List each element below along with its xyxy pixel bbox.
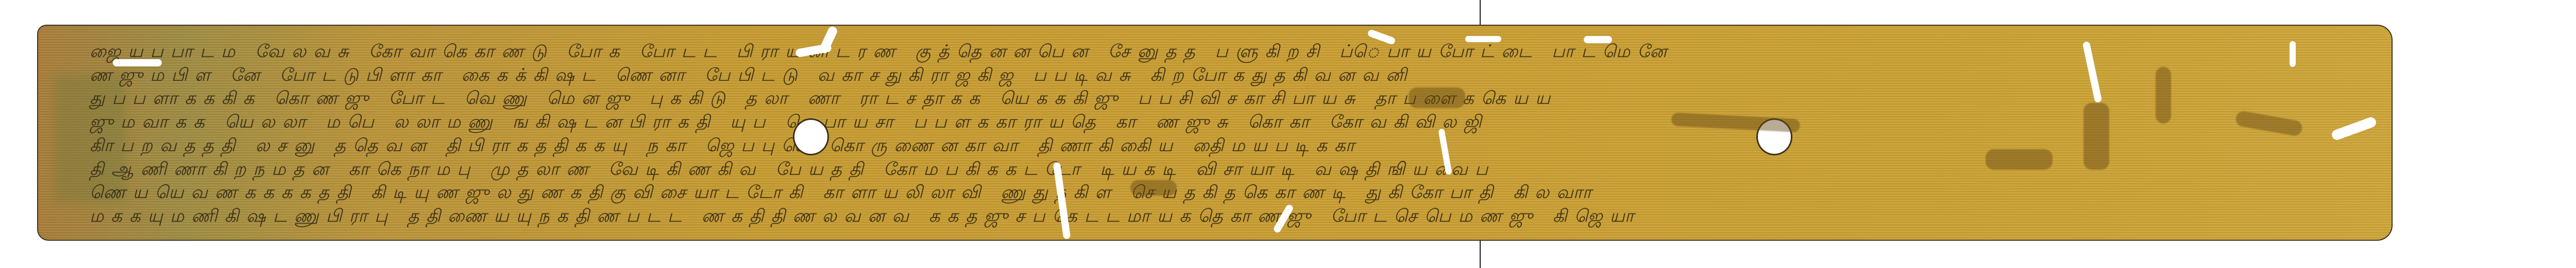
manuscript-line-7: ணெயயெவணககககததி கிடியுணஜுலதுணகதிகுவிசையாட… [90,182,2305,203]
insect-damage [2330,116,2377,141]
manuscript-line-1: ஜையபபாடம வேலவசு கோவாகெகாணடு போக போடட பிர… [90,41,2305,62]
insect-damage-stain [2083,103,2109,170]
manuscript-line-5: கிாபறவதததி லசனு ததெவன திபிராகததிககயு நகா… [90,135,2305,156]
binding-hole-left [793,118,829,155]
insect-damage [113,59,162,66]
manuscript-text-block: ஜையபபாடம வேலவசு கோவாகெகாணடு போக போடட பிர… [90,41,2305,226]
insect-damage [1584,36,1612,43]
insect-damage [2290,41,2296,67]
insect-damage-stain [2156,67,2171,123]
insect-damage-stain [1130,180,1177,195]
insect-damage-stain [1409,87,1465,108]
manuscript-line-6: திஆணிணாகிறநமதன காகெநாமபு முதலாண வேடிகிணக… [90,159,2305,180]
manuscript-line-4: ஜுமவாகக யெலலா மபெ லலாமணு ஙகிஷடனபிராகதி ய… [90,112,2305,132]
insect-damage [1465,36,1501,42]
insect-damage-stain [1986,149,2053,170]
manuscript-line-3: துபபளாகககிக கொணஜு போட வெணு மெனஜு புககிடு… [90,88,2305,109]
manuscript-line-8: மககயுமணிகிஷடணுபிராபு ததிணையயுநகதிணபடட ணக… [90,206,2305,226]
palm-leaf-manuscript: ஜையபபாடம வேலவசு கோவாகெகாணடு போக போடட பிர… [37,25,2393,241]
manuscript-line-2: ணஜுமபிள னே போடடுபிளாகா கைகக்கிஷட ணெனா பே… [90,65,2305,85]
